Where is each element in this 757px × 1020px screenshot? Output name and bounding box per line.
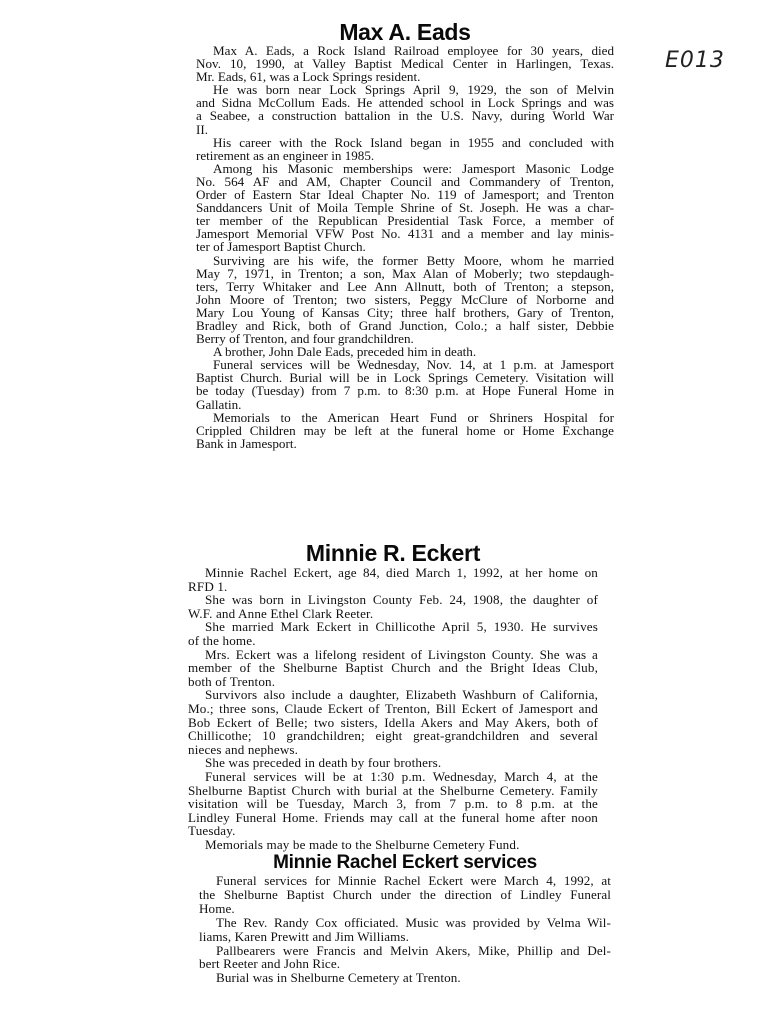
text-line: Memorials to the American Heart Fund or … xyxy=(196,411,614,424)
paragraph: Mrs. Eckert was a lifelong resident of L… xyxy=(188,648,598,689)
services-notice-minnie-eckert: Minnie Rachel Eckert services Funeral se… xyxy=(199,852,611,985)
obituary-headline: Max A. Eads xyxy=(196,20,614,44)
text-line: May 7, 1971, in Trenton; a son, Max Alan… xyxy=(196,267,614,280)
text-line: the Shelburne Baptist Church under the d… xyxy=(199,888,611,902)
text-line: liams, Karen Prewitt and Jim Williams. xyxy=(199,930,611,944)
paragraph: He was born near Lock Springs April 9, 1… xyxy=(196,83,614,135)
obituary-body: Minnie Rachel Eckert, age 84, died March… xyxy=(188,566,598,851)
text-line: visitation will be Tuesday, March 3, fro… xyxy=(188,797,598,811)
text-line: Crippled Children may be left at the fun… xyxy=(196,424,614,437)
text-line: Chillicothe; 10 grandchildren; eight gre… xyxy=(188,729,598,743)
text-line: Burial was in Shelburne Cemetery at Tren… xyxy=(199,971,611,985)
paragraph: His career with the Rock Island began in… xyxy=(196,136,614,162)
text-line: bert Reeter and John Rice. xyxy=(199,957,611,971)
text-line: ter of Jamesport Baptist Church. xyxy=(196,240,614,253)
obituary-headline: Minnie R. Eckert xyxy=(188,540,598,566)
text-line: Tuesday. xyxy=(188,824,598,838)
paragraph: Minnie Rachel Eckert, age 84, died March… xyxy=(188,566,598,593)
text-line: Lindley Funeral Home. Friends may call a… xyxy=(188,811,598,825)
paragraph: She was preceded in death by four brothe… xyxy=(188,756,598,770)
text-line: member of the Shelburne Baptist Church a… xyxy=(188,661,598,675)
text-line: W.F. and Anne Ethel Clark Reeter. xyxy=(188,607,598,621)
text-line: Funeral services will be at 1:30 p.m. We… xyxy=(188,770,598,784)
text-line: She was preceded in death by four brothe… xyxy=(188,756,598,770)
text-line: Memorials may be made to the Shelburne C… xyxy=(188,838,598,852)
text-line: His career with the Rock Island began in… xyxy=(196,136,614,149)
text-line: Among his Masonic memberships were: Jame… xyxy=(196,162,614,175)
text-line: ters, Terry Whitaker and Lee Ann Allnutt… xyxy=(196,280,614,293)
obituary-body: Max A. Eads, a Rock Island Railroad empl… xyxy=(196,44,614,450)
text-line: She married Mark Eckert in Chillicothe A… xyxy=(188,620,598,634)
text-line: The Rev. Randy Cox officiated. Music was… xyxy=(199,916,611,930)
text-line: retirement as an engineer in 1985. xyxy=(196,149,614,162)
text-line: nieces and nephews. xyxy=(188,743,598,757)
paragraph: Funeral services will be at 1:30 p.m. We… xyxy=(188,770,598,838)
text-line: of the home. xyxy=(188,634,598,648)
text-line: Bob Eckert of Belle; two sisters, Idella… xyxy=(188,716,598,730)
text-line: RFD 1. xyxy=(188,580,598,594)
text-line: Minnie Rachel Eckert, age 84, died March… xyxy=(188,566,598,580)
paragraph: Memorials to the American Heart Fund or … xyxy=(196,411,614,450)
paragraph: Funeral services for Minnie Rachel Ecker… xyxy=(199,874,611,916)
paragraph: Pallbearers were Francis and Melvin Aker… xyxy=(199,944,611,972)
text-line: Home. xyxy=(199,902,611,916)
text-line: She was born in Livingston County Feb. 2… xyxy=(188,593,598,607)
text-line: Survivors also include a daughter, Eliza… xyxy=(188,688,598,702)
text-line: Mo.; three sons, Claude Eckert of Trento… xyxy=(188,702,598,716)
paragraph: She married Mark Eckert in Chillicothe A… xyxy=(188,620,598,647)
paragraph: She was born in Livingston County Feb. 2… xyxy=(188,593,598,620)
paragraph: Funeral services will be Wednesday, Nov.… xyxy=(196,358,614,410)
paragraph: The Rev. Randy Cox officiated. Music was… xyxy=(199,916,611,944)
paragraph: Memorials may be made to the Shelburne C… xyxy=(188,838,598,852)
text-line: Gallatin. xyxy=(196,398,614,411)
services-body: Funeral services for Minnie Rachel Ecker… xyxy=(199,874,611,985)
text-line: II. xyxy=(196,123,614,136)
text-line: both of Trenton. xyxy=(188,675,598,689)
paragraph: Burial was in Shelburne Cemetery at Tren… xyxy=(199,971,611,985)
text-line: be today (Tuesday) from 7 p.m. to 8:30 p… xyxy=(196,384,614,397)
text-line: John Moore of Trenton; two sisters, Pegg… xyxy=(196,293,614,306)
handwritten-file-code: E013 xyxy=(665,48,725,73)
paragraph: Survivors also include a daughter, Eliza… xyxy=(188,688,598,756)
text-line: Mrs. Eckert was a lifelong resident of L… xyxy=(188,648,598,662)
paragraph: Among his Masonic memberships were: Jame… xyxy=(196,162,614,254)
text-line: Shelburne Baptist Church with burial at … xyxy=(188,784,598,798)
text-line: Funeral services for Minnie Rachel Ecker… xyxy=(199,874,611,888)
paragraph: Max A. Eads, a Rock Island Railroad empl… xyxy=(196,44,614,83)
text-line: Pallbearers were Francis and Melvin Aker… xyxy=(199,944,611,958)
obituary-minnie-eckert: Minnie R. Eckert Minnie Rachel Eckert, a… xyxy=(188,540,598,851)
text-line: Surviving are his wife, the former Betty… xyxy=(196,254,614,267)
obituary-max-eads: Max A. Eads Max A. Eads, a Rock Island R… xyxy=(196,20,614,450)
text-line: Mary Lou Young of Kansas City; three hal… xyxy=(196,306,614,319)
text-line: a Seabee, a construction battalion in th… xyxy=(196,109,614,122)
text-line: Bank in Jamesport. xyxy=(196,437,614,450)
services-headline: Minnie Rachel Eckert services xyxy=(199,852,611,874)
paragraph: Surviving are his wife, the former Betty… xyxy=(196,254,614,346)
